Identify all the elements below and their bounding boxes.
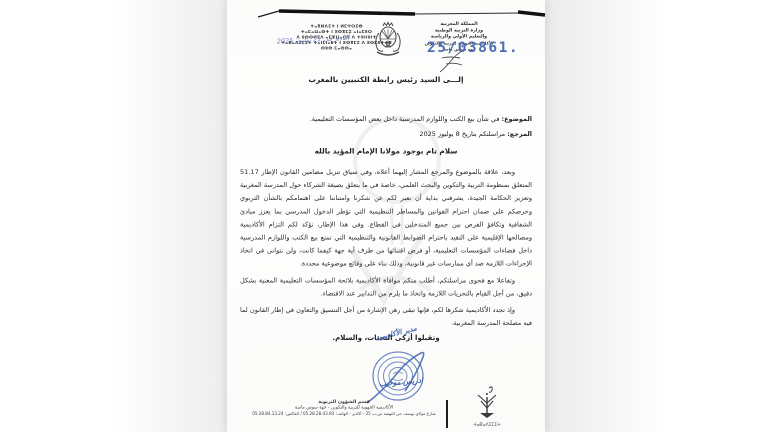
reference-text: مراسلتكم بتاريخ 8 يوليوز 2025 bbox=[419, 131, 505, 139]
body-paragraph: وبعد، علاقة بالموضوع والمرجع المشار إليه… bbox=[240, 166, 532, 271]
background-shade-right bbox=[545, 0, 768, 432]
academy-logo-caption: ⵜⴰⴽⴰⴷⵉⵎⵉⵜ bbox=[473, 423, 501, 428]
letter-body: وبعد، علاقة بالموضوع والمرجع المشار إليه… bbox=[240, 166, 532, 334]
body-paragraph: وتفاعلا مع فحوى مراسلتكم، أطلب منكم مواف… bbox=[240, 274, 532, 300]
scan-edge-artifact bbox=[227, 6, 545, 22]
reference-number-stamp: 25/03861. bbox=[427, 40, 545, 56]
subject-text: في شأن بيع الكتب واللوازم المدرسية داخل … bbox=[310, 116, 500, 124]
footer-divider bbox=[446, 400, 448, 428]
subject-label: الموضوع: bbox=[502, 116, 533, 124]
reference-label: المرجع: bbox=[507, 131, 532, 139]
subject-line: الموضوع: في شأن بيع الكتب واللوازم المدر… bbox=[240, 112, 532, 127]
coat-of-arms-icon bbox=[373, 21, 403, 63]
reference-line: المرجع: مراسلتكم بتاريخ 8 يوليوز 2025 bbox=[240, 127, 532, 142]
footer-block: قسم الشؤون التربوية الأكاديمية الجهوية ل… bbox=[241, 399, 447, 416]
body-paragraph: وإذ تجدد الأكاديمية شكرها لكم، فإنها تبق… bbox=[240, 304, 532, 330]
screenshot-frame: ⵜⴰⴳⵍⴷⵉⵜ ⵏ ⵍⵎⵖⵔⵉⴱ ⵜⴰⵎⴰⵡⴰⵙⵜ ⵏ ⵓⵙⴳⵎⵉ ⴰⵏⴰⵎⵓⵔ… bbox=[0, 0, 768, 432]
subject-block: الموضوع: في شأن بيع الكتب واللوازم المدر… bbox=[240, 112, 532, 142]
footer-address-phone: شارع مولاي يوسف حي النهضة ص.ب 25 - أكادي… bbox=[241, 411, 447, 417]
academy-logo-icon: ⵜⴰⴽⴰⴷⵉⵎⵉⵜ bbox=[469, 385, 505, 429]
background-shade-left bbox=[0, 0, 227, 432]
salutation-line: سلام تام بوجود مولانا الإمام المؤيد بالل… bbox=[227, 147, 545, 156]
addressee-line: إلـــى السيد رئيس رابطة الكتبيين بالمغرب bbox=[227, 75, 545, 84]
scanned-letter-page: ⵜⴰⴳⵍⴷⵉⵜ ⵏ ⵍⵎⵖⵔⵉⴱ ⵜⴰⵎⴰⵡⴰⵙⵜ ⵏ ⵓⵙⴳⵎⵉ ⴰⵏⴰⵎⵓⵔ… bbox=[227, 0, 545, 432]
